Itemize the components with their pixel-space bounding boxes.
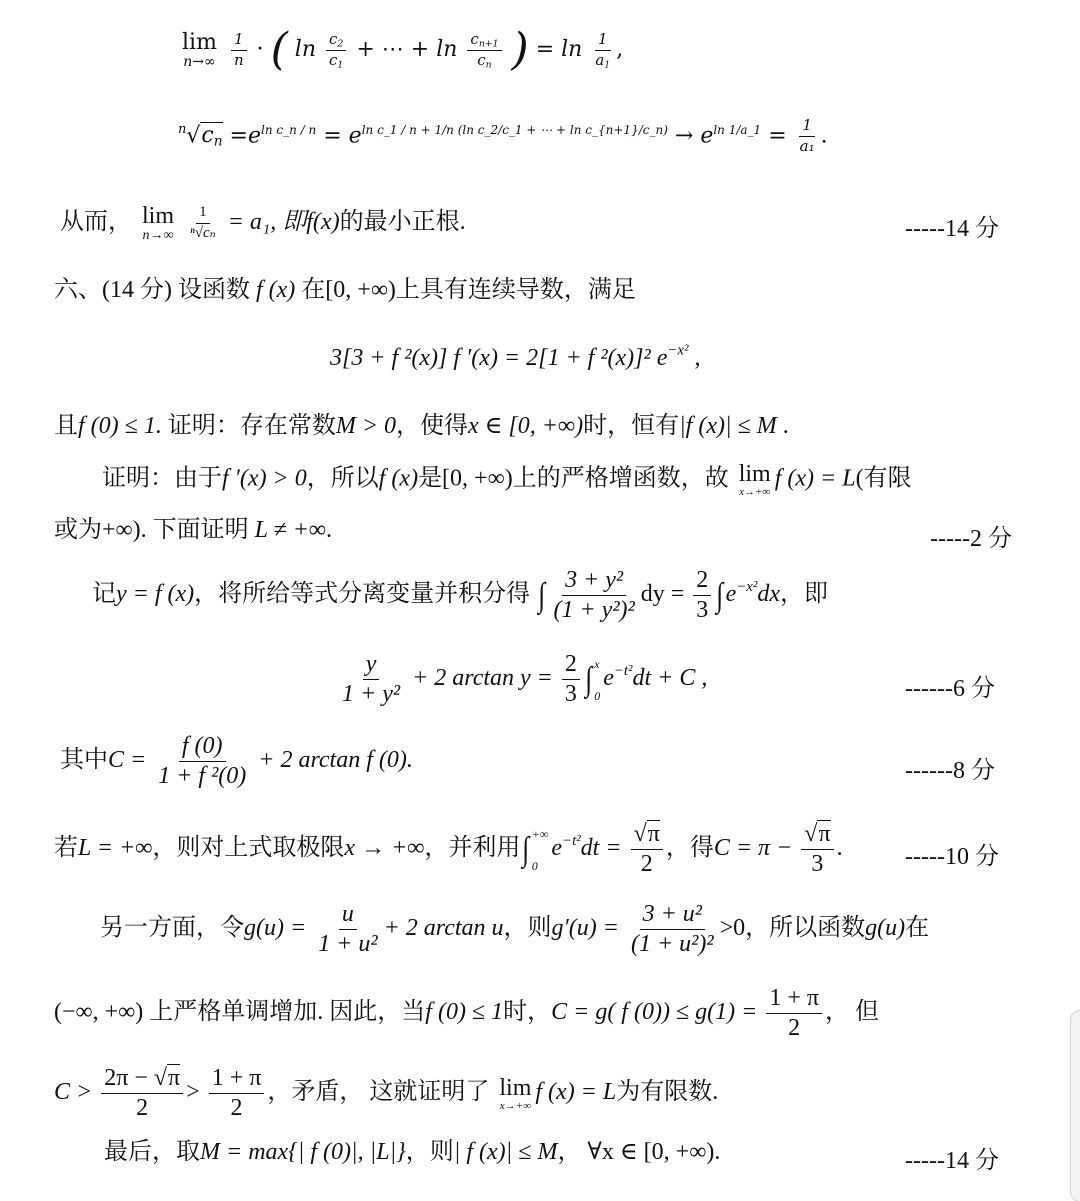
separation-line: 记y = f (x)，将所给等式分离变量并积分得 ∫3 + y²(1 + y²)…	[92, 568, 828, 623]
equation-limit-log: lim n→∞ 1 n · ( ln c2c1 + ⋯ + ln cn+1cn …	[178, 28, 623, 72]
final-line: 最后，取M = max{| f (0)|, |L|}，则| f (x)| ≤ M…	[104, 1140, 720, 1164]
fraction-1-over-n: 1 n	[231, 32, 247, 69]
if-L-infinite-line: 若L = +∞，则对上式取极限x → +∞，并利用∫+∞0e−t²dt = √π…	[54, 822, 843, 877]
equation-6: y1 + y² + 2 arctan y = 23∫x0e−t²dt + C ,	[336, 652, 707, 707]
equation-nth-root: n√cn =eln c_n / n = eln c_1 / n + 1/n (l…	[178, 118, 828, 155]
contradiction-line: C > 2π − √π2> 1 + π2，矛盾， 这就证明了 limx→+∞f …	[54, 1066, 718, 1121]
score-14-part5: -----14 分	[905, 208, 999, 243]
limit-operator: lim n→∞	[182, 32, 217, 69]
g-function-line: 另一方面，令g(u) = u1 + u²+ 2 arctan u，则g′(u) …	[100, 902, 929, 957]
scroll-handle[interactable]	[1070, 1010, 1080, 1201]
C-definition: 其中C = f (0)1 + f ²(0) + 2 arctan f (0).	[60, 734, 413, 789]
conclusion-line: 从而， limn→∞ 1ⁿ√cₙ = a₁, 即f(x)的最小正根.	[60, 204, 466, 243]
score-10: -----10 分	[905, 836, 999, 871]
proof-line-1: 证明：由于f ′(x) > 0，所以f (x)是[0, +∞)上的严格增函数，故…	[102, 462, 912, 498]
score-6: ------6 分	[905, 668, 995, 703]
problem-6-equation: 3[3 + f ²(x)] f ′(x) = 2[1 + f ²(x)]² e−…	[330, 346, 700, 370]
monotone-line: (−∞, +∞) 上严格单调增加. 因此，当f (0) ≤ 1时，C = g( …	[54, 986, 879, 1041]
problem-6-condition: 且f (0) ≤ 1. 证明：存在常数M > 0，使得x ∈ [0, +∞)时，…	[54, 414, 789, 438]
problem-6-heading: 六、(14 分) 设函数 f (x) 在[0, +∞)上具有连续导数，满足	[54, 278, 636, 302]
score-8: ------8 分	[905, 750, 995, 785]
score-2: -----2 分	[930, 518, 1012, 553]
score-14-final: -----14 分	[905, 1140, 999, 1175]
proof-line-2: 或为+∞). 下面证明 L ≠ +∞.	[54, 518, 332, 542]
